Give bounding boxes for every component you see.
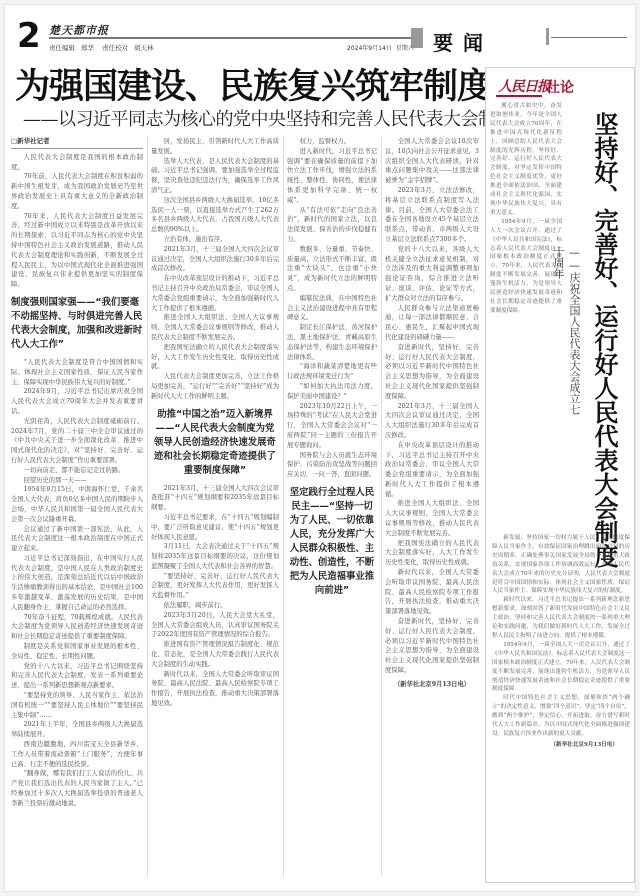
paragraph: 回望历史的那一天—— [11,476,143,486]
paragraph: “要坚持好、完善好、运行好人民代表大会制度，更好发挥人大代表作用，更好发挥人大监… [151,572,279,601]
paragraph: 权力，监督权力。 [287,137,377,147]
paragraph: 选举人大代表，是人民代表大会制度的基础。习近平总书记强调，要加强选举全过程监督，… [151,157,279,196]
article-column-4: 全国人大常委会会议10次审议，10次向社会公开征求意见，3次组织全国人大代表研读… [385,137,479,877]
paragraph: 立治有体，施治有序。 [151,235,279,245]
article-dateline: （新华社北京9月13日电） [385,680,479,690]
paragraph: “人民代表大会制度是符合中国国情和实际、体现社会主义国家性质、保证人民当家作主、… [11,358,143,387]
paragraph: 履心贯古如史中，奋发进取创伟业。今年是全国人民代表大会成立70周年，在推进中国式… [490,102,562,218]
paragraph: 在中央改革顶层设计的推动下，习近平总书记主持召开中央政治局常委会，审议全国人大常… [385,441,479,500]
proof-name: 胡天林 [134,44,154,52]
column-divider [283,137,284,877]
paragraph: 奋进新时代，坚持好、完善好、运行好人民代表大会制度，必须以习近平新时代中国特色社… [385,617,479,676]
paragraph: 人民代表大会制度是我国的根本政治制度。 [11,153,143,173]
article-column-3: 权力，监督权力。 进入新时代，习近平总书记强调“要在确保质量的前提下加快立法工作… [287,137,377,877]
editor-name: 郑华 [81,44,94,52]
section-subtitle-2: 助推“中国之治”迈入新境界——“人民代表大会制度为党领导人民创造经济快速发展奇迹… [151,408,279,478]
paragraph: 2021年3月，十三届全国人大四次会议审议通过决定，全国人大组织法施行30多年后… [151,245,279,274]
paragraph: “如何加大执法司法力度，保护美丽中国建设？” [287,382,377,402]
paragraph: 奋进新时代，坚持好、完善好、运行好人民代表大会制度，必须以习近平新时代中国特色社… [385,343,479,402]
paragraph: 人民群众参与立法渠道更畅通，让每一部法律都顺民意、合民心、惠民生，汇聚起中国式现… [385,304,479,343]
paragraph: 1954年9月15日，中南海怀仁堂，千余名全国人大代表，肩负6亿多中国人民的期盼… [11,485,143,524]
editor-label: 责任编辑 [49,44,75,52]
logo-underline [496,95,542,97]
section-subtitle-3: 坚定践行全过程人民民主——“坚持一切为了人民、一切依靠人民，充分发挥广大人民群众… [287,486,377,598]
masthead: 2 楚天都市报 要闻 责任编辑郑华 责任校对胡天林 2024年9月14日星期六 [5,5,637,63]
paragraph: 从“有法可依”走向“良法善治”，新时代的国家立法，以良法促发展、保善治的步伐稳健… [287,206,377,245]
paragraph: 时代中国特色社会主义思想，深刻领悟“两个确立”的决定性意义，增强“四个意识”、坚… [492,694,630,739]
paragraph: 编纂民法典，在中国特色社会主义法治建设进程中具有里程碑意义。 [287,294,377,323]
page-number: 2 [17,19,41,53]
paragraph: 制定长江保护法、黄河保护法、黑土地保护法、青藏高原生态保护法等，构建生态环境保护… [287,323,377,362]
newspaper-page: 2 楚天都市报 要闻 责任编辑郑华 责任校对胡天林 2024年9月14日星期六 … [4,4,636,892]
editorial-dateline: （新华社北京9月13日电） [492,741,630,750]
section-subtitle-1: 制度强则国家强——“我们要毫不动摇坚持、与时俱进完善人民代表大会制度，加强和改进… [11,296,143,352]
paragraph: 2024年9月，习近平总书记出席庆祝全国人民代表大会成立70周年大会并发表重要讲… [11,387,143,416]
paragraph: 2021年3月，十三届全国人大四次会议审议通过决定，全国人大组织法施行30多年后… [385,402,479,441]
masthead-divider-block-right [546,28,549,45]
proof-label: 责任校对 [102,44,128,52]
paragraph: 这次全国县乡两级人大换届选举，10亿多选民一人一票，以直接选举方式产生了262万… [151,196,279,235]
paragraph: 全国人大常委会会议10次审议，10次向社会公开征求意见，3次组织全国人大代表研读… [385,137,479,186]
paragraph: 把我国宪法确立的人民代表大会制度落实好，人大工作发生历史性变化，取得历史性成就。 [385,539,479,568]
editor-credits: 责任编辑郑华 责任校对胡天林 [49,43,160,52]
paragraph: 2023年3月，立法法修改，将基层立法联系点制度写入法律。目前，全国人大常委会法… [385,186,479,245]
paragraph: 2023年3月20日，人民大会堂大礼堂，全国人大常委会组成人员，认真审议国务院关… [151,611,279,640]
paragraph: 习近平总书记要求，在“十四五”规划编制中，要广泛听取意见建议，使“十四五”规划更… [151,513,279,542]
paragraph: 依法履职，阔步前行。 [151,601,279,611]
editorial-label: 社论 [546,77,574,97]
peoples-daily-logo: 人民日报 [498,76,550,96]
paragraph: 会议通过了新中国第一部宪法，从此，人民代表大会制度这一根本政治制度在中国正式建立… [11,525,143,554]
paragraph: 习近平总书记深刻指出，在中国实行人民代表大会制度，是中国人民在人类政治制度史上的… [11,554,143,613]
editorial-body: 新发展，坚持国家一切权力属于人民，最大限度保障人民当家作主，有效保证国家治理跳出… [492,534,630,879]
paragraph: 一切向前走，都不能忘记走过的路。 [11,466,143,476]
paragraph: 数据多、分量重、节奏快、质量高，立法形式不断丰富，既注重“大块头”，也注重“小快… [287,245,377,294]
paragraph: 国务院与会人员就生态环境保护、污染防治攻坚战等问题回应关切，一问一答，直面问题。 [287,451,377,480]
paragraph: 新发展，坚持国家一切权力属于人民，最大限度保障人民当家作主，有效保证国家治理跳出… [492,534,630,596]
masthead-rule [49,37,415,39]
paragraph: 新时代以来，全国人大常委会听取审议国务院、最高人民法院、最高人民检察院专项工作报… [385,568,479,617]
paragraph: 70年来，人民代表大会制度日益发展完善，经过新中国成立以来特别是改革开放以来的长… [11,212,143,290]
paragraph: 推进国有资产管理情况报告制度化、规范化、常态化，是全国人大常委会践行人民代表大会… [151,640,279,669]
paragraph: 2021年3月，十三届全国人大四次会议审查批准“十四五”规划纲要和2035年远景… [151,484,279,513]
editorial-box: 人民日报 社论 履心贯古如史中，奋发进取创伟业。今年是全国人民代表大会成立70周… [485,67,635,883]
paragraph: “翻身做，哪有我们打工人说话的份儿。共产党让我们选出代表的人民当家做了主人。”已… [11,769,143,808]
column-divider [147,137,148,877]
section-name: 要闻 [433,27,493,56]
article-column-2: 居，发扬民主，引领新时代人大工作高质量发展。 选举人大代表，是人民代表大会制度的… [151,137,279,877]
article-column-1: □新华社记者 人民代表大会制度是我国的根本政治制度。 70年前，人民代表大会制度… [11,137,143,877]
paragraph: 2021年上半年，全国县乡两级人大换届选举陆续展开。 [11,720,143,740]
paragraph: 1954年9月，一届全国人大一次会议召开，通过了《中华人民共和国宪法》，标志着人… [492,641,630,694]
paragraph: 推进全国人大组织法、全国人大议事规则、全国人大常委会议事规则等修改，推动人民代表… [385,499,479,538]
byline: □新华社记者 [11,137,143,149]
sub-headline: ——以习近平同志为核心的党中央坚持和完善人民代表大会制度纪实 [23,109,463,131]
weekday: 星期六 [396,45,414,52]
paragraph: 制度是关系党和国家事业发展的根本性、全局性、稳定性、长期性问题。 [11,642,143,662]
paragraph: 光阴荏苒，人民代表大会制度砥砺前行。2024年7月，党的二十届三中全会审议通过的… [11,417,143,466]
issue-date: 2024年9月14日星期六 [343,43,414,52]
paragraph: 西南边疆腹地，四川雷宝天全县新华乡，工作人员带着流动票箱“上门服务”，方便年事已… [11,740,143,769]
paragraph: 70年前，人民代表大会制度在积贫积弱的新中国生根发芽，成为我国政治发展史乃至世界… [11,172,143,211]
paragraph: 人民代表大会制度更加完善，立法工作格局更加完善，“运行好”“完善好”“坚持好”成… [151,372,279,401]
paragraph: 推进全国人大组织法、全国人大议事规则、全国人大常委会议事规则等修改，推动人民代表… [151,313,279,342]
paragraph: “要坚持党的领导、人民当家作主、依法治国有机统一”“要坚持人民主体地位”“要坚持… [11,691,143,720]
paragraph: 3月11日，大会表决通过关于“十四五”规划和2035年远景目标纲要的决议，这份规… [151,542,279,571]
paragraph: 新时代以来，习近平总书记提出一系列新理念新思想新要求，深刻回答了新时代发展中国特… [492,596,630,641]
paper-name: 楚天都市报 [49,22,109,38]
masthead-rule-right [551,37,627,38]
date: 2024年9月14日 [347,45,392,52]
editorial-subtitle: ——庆祝全国人民代表大会成立七十周年 [570,246,582,416]
paragraph: 把我国宪法确立的人民代表大会制度落实好，人大工作发生历史性变化，取得历史性成就。 [151,343,279,372]
paragraph: 党的十八大以来，习近平总书记围绕坚持和完善人民代表大会制度，发表一系列重要论述，… [11,662,143,691]
column-divider [381,137,382,877]
paragraph: 2023年10月22日上午，一场特殊的“考试”在人民大会堂进行，全国人大常委会会… [287,402,377,451]
paragraph: 在中央改革顶层设计的推动下，习近平总书记主持召开中央政治局常委会，审议全国人大常… [151,274,279,313]
paragraph: 居，发扬民主，引领新时代人大工作高质量发展。 [151,137,279,157]
paragraph: 党的十八大以来，各级人大机关健全立法征求意见机制，对立法涉及的重大利益调整事项加… [385,245,479,304]
paragraph: 进入新时代，习近平总书记强调“要在确保质量的前提下加快立法工作步伐，增强立法的系… [287,147,377,206]
paragraph: 新时代以来，全国人大常委会听取审议国务院、最高人民法院、最高人民检察院专项工作报… [151,670,279,709]
paragraph: “海洋和蔬菜清楚地更有些行政法规环境变迁行为” [287,362,377,382]
paragraph: 70年奋斗征程，70载辉煌成就。人民代表大会制度为党领导人民创造经济快速发展奇迹… [11,613,143,642]
main-headline: 为强国建设、民族复兴筑牢制度根基 [15,67,455,107]
